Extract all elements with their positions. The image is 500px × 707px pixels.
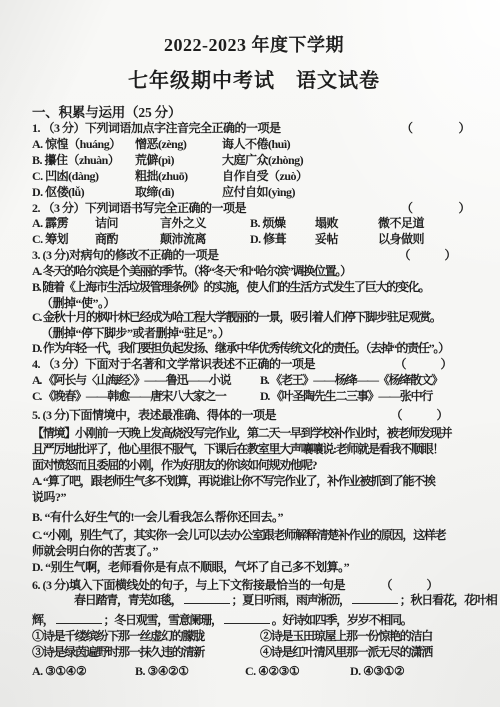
q2-option-b: B. 烦燥 — [250, 216, 315, 232]
q3-option-c: C. 金秋十月的枫叶林已经成为哈工程大学靓丽的一景，吸引着人们停下脚步驻足观赏。 — [32, 310, 476, 326]
q6-stem-line: 6. (3 分)填入下面横线处的句子，与上下文衔接最恰当的一句是 （ ） — [32, 578, 476, 594]
q3-option-d: D. 作为年轻一代，我们要担负起发扬、继承中华优秀传统文化的责任。（去掉“的责任… — [32, 341, 476, 357]
q2-option-c-word3: 颠沛流离 — [160, 232, 250, 248]
q6-passage-seg1: 春日踏青，青芜如毯， — [74, 593, 182, 607]
q3-option-b: B. 随着《上海市生活垃圾管理条例》的实施，使人们的生活方式发生了巨大的变化。 — [32, 280, 476, 296]
q2-answer-bracket: （ ） — [401, 201, 476, 217]
exam-title-subject: 七年级期中考试 语文试卷 — [32, 69, 476, 93]
q1-option-a-word3: 诲人不倦(huì) — [222, 137, 290, 153]
q6-item-row-12: ①诗是千缕缤纷下那一丝虚幻的朦胧 ②诗是玉田琼屋上那一份惊艳的洁白 — [32, 629, 476, 645]
q1-option-row-c: C. 凹凼(dàng) 粗拙(zhuō) 自作自受（zuò） — [32, 169, 476, 185]
q6-answer-a: A. ③①④② — [32, 664, 135, 680]
q6-passage-seg6: 。好诗如四季，岁岁不相同。 — [272, 613, 412, 627]
q4-option-row-ab: A. 《阿长与〈山海经〉》——鲁迅——小说 B. 《老王》——杨绛——《杨绛散文… — [32, 373, 476, 389]
scanned-exam-page: 2022-2023 年度下学期 七年级期中考试 语文试卷 一、积累与运用（25 … — [0, 0, 500, 707]
q6-passage-seg2: ；夏日听雨，雨声淅沥， — [232, 593, 350, 607]
q2-option-c: C. 筹划 — [32, 232, 95, 248]
q6-passage-seg3: ；秋日看花，花叶相 — [400, 593, 497, 607]
q4-option-d: D. 《叶圣陶先生二三事》——张中行 — [260, 389, 432, 405]
q6-passage-seg5: ；冬日观雪，雪意阑珊， — [104, 613, 222, 627]
q6-passage-line2: 辉，；冬日观雪，雪意阑珊，。好诗如四季，岁岁不相同。 — [32, 613, 476, 629]
q2-option-b-word2: 塌败 — [315, 216, 378, 232]
q1-answer-bracket: （ ） — [401, 121, 476, 137]
q5-stem: 5. (3 分)下面情境中，表述最准确、得体的一项是 — [32, 408, 276, 424]
fill-blank-line — [352, 593, 398, 604]
q6-item-2: ②诗是玉田琼屋上那一份惊艳的洁白 — [260, 629, 432, 645]
exam-title-term: 2022-2023 年度下学期 — [32, 34, 476, 56]
q2-option-row-ab: A. 霹雳 诘问 言外之义 B. 烦燥 塌败 微不足道 — [32, 216, 476, 232]
q5-scenario-line2: 且严厉地批评了，他心里很不服气，下课后在教室里大声嚷嚷说:老师就是看我不顺眼！ — [32, 442, 476, 458]
q6-passage-seg4: 辉， — [32, 613, 54, 627]
q6-answer-b: B. ③④②① — [135, 664, 245, 680]
q1-option-d-word2: 取缔(dì) — [135, 185, 222, 201]
q6-answer-c: C. ④②③① — [245, 664, 350, 680]
q6-stem: 6. (3 分)填入下面横线处的句子，与上下文衔接最恰当的一句是 — [32, 578, 345, 594]
q4-option-b: B. 《老王》——杨绛——《杨绛散文》 — [260, 373, 442, 389]
q1-option-d-word3: 应付自如(yìng) — [222, 185, 295, 201]
q1-option-c: C. 凹凼(dàng) — [32, 169, 135, 185]
q5-option-b: B. “有什么好生气的!一会儿看我怎么帮你还回去。” — [32, 510, 476, 526]
q5-option-c-line1: C. “小刚，别生气了，其实你一会儿可以去办公室跟老师解释清楚补作业的原因，这样… — [32, 528, 476, 544]
q4-stem: 4. （3 分）下面对于名著和文学常识表述不正确的一项是 — [32, 357, 315, 373]
q5-answer-bracket: （ ） — [390, 408, 476, 424]
q6-item-3: ③诗是绿茵遍野时那一抹久违的清新 — [32, 645, 260, 661]
q3-option-b-note: （删掉“使”。） — [32, 296, 476, 311]
q3-stem-line: 3. (3 分)对病句的修改不正确的一项是 （ ） — [32, 248, 476, 264]
q4-option-row-cd: C. 《晚春》——韩愈——唐宋八大家之一 D. 《叶圣陶先生二三事》——张中行 — [32, 389, 476, 405]
q6-item-4: ④诗是红叶清风里那一派无尽的潇洒 — [260, 645, 432, 661]
q4-option-c: C. 《晚春》——韩愈——唐宋八大家之一 — [32, 389, 260, 405]
q2-stem: 2. （3 分）下列词语书写完全正确的一项是 — [32, 201, 246, 217]
q1-option-c-word2: 粗拙(zhuō) — [135, 169, 222, 185]
q4-answer-bracket: （ ） — [394, 357, 476, 373]
q3-answer-bracket: （ ） — [398, 248, 476, 264]
q2-option-row-cd: C. 筹划 商酌 颠沛流离 D. 修葺 妥帖 以身做则 — [32, 232, 476, 248]
q6-passage-line1: 春日踏青，青芜如毯，；夏日听雨，雨声淅沥，；秋日看花，花叶相 — [32, 593, 476, 609]
fill-blank-line — [184, 593, 230, 604]
q2-option-b-word3: 微不足道 — [378, 216, 424, 232]
q1-option-a: A. 惊惶（huáng） — [32, 137, 135, 153]
q4-option-a: A. 《阿长与〈山海经〉》——鲁迅——小说 — [32, 373, 260, 389]
q6-answer-row: A. ③①④② B. ③④②① C. ④②③① D. ④③①② — [32, 664, 476, 680]
q2-option-a-word3: 言外之义 — [160, 216, 250, 232]
q1-option-d: D. 伛偻(lǚ) — [32, 185, 135, 201]
q1-option-c-word3: 自作自受（zuò） — [222, 169, 308, 185]
q5-scenario-line3: 面对愤怒而且委屈的小刚，作为好朋友的你该如何规劝他呢? — [32, 458, 476, 474]
q6-item-row-34: ③诗是绿茵遍野时那一抹久违的清新 ④诗是红叶清风里那一派无尽的潇洒 — [32, 645, 476, 661]
q1-option-a-word2: 憎恶(zèng) — [135, 137, 222, 153]
q1-option-row-b: B. 攥住（zhuàn） 荒僻(pì) 大庭广众(zhòng) — [32, 153, 476, 169]
q6-answer-bracket: （ ） — [380, 578, 476, 594]
q1-option-b-word2: 荒僻(pì) — [135, 153, 222, 169]
q2-option-d-word3: 以身做则 — [378, 232, 424, 248]
q3-option-c-note: （删掉“停下脚步”或者删掉“驻足”。） — [32, 326, 476, 341]
q6-item-1: ①诗是千缕缤纷下那一丝虚幻的朦胧 — [32, 629, 260, 645]
q3-option-a: A. 冬天的哈尔滨是个美丽的季节。（将“冬天”和“哈尔滨”调换位置。） — [32, 264, 476, 280]
q2-option-d-word2: 妥帖 — [315, 232, 378, 248]
fill-blank-line — [56, 613, 102, 624]
q5-option-c-line2: 师就会明白你的苦衷了。” — [32, 544, 476, 560]
q5-option-d: D. “别生气啊，老师看你是有点不顺眼，气坏了自己多不划算。” — [32, 560, 476, 576]
q1-option-b-word3: 大庭广众(zhòng) — [222, 153, 303, 169]
q3-stem: 3. (3 分)对病句的修改不正确的一项是 — [32, 248, 219, 264]
q2-option-a: A. 霹雳 — [32, 216, 95, 232]
q1-option-b: B. 攥住（zhuàn） — [32, 153, 135, 169]
q5-scenario-line1: 【情境】小刚前一天晚上发高烧没写完作业，第二天一早到学校补作业时，被老师发现并 — [32, 426, 476, 442]
q1-stem-line: 1. （3 分）下列词语加点字注音完全正确的一项是 （ ） — [32, 121, 476, 137]
q1-option-row-d: D. 伛偻(lǚ) 取缔(dì) 应付自如(yìng) — [32, 185, 476, 201]
section-heading: 一、积累与运用（25 分） — [32, 104, 476, 121]
q6-answer-d: D. ④③①② — [350, 664, 404, 680]
q5-stem-line: 5. (3 分)下面情境中，表述最准确、得体的一项是 （ ） — [32, 408, 476, 424]
q1-stem: 1. （3 分）下列词语加点字注音完全正确的一项是 — [32, 121, 281, 137]
q1-option-row-a: A. 惊惶（huáng） 憎恶(zèng) 诲人不倦(huì) — [32, 137, 476, 153]
q5-option-a-line1: A. “算了吧，跟老师生气多不划算，再说谁让你不写完作业了，补作业被抓到了能不挨 — [32, 474, 476, 490]
q2-option-a-word2: 诘问 — [95, 216, 160, 232]
q4-stem-line: 4. （3 分）下面对于名著和文学常识表述不正确的一项是 （ ） — [32, 357, 476, 373]
q2-option-c-word2: 商酌 — [95, 232, 160, 248]
q5-option-a-line2: 说吗?” — [32, 490, 476, 506]
fill-blank-line — [224, 613, 270, 624]
exam-content: 2022-2023 年度下学期 七年级期中考试 语文试卷 一、积累与运用（25 … — [0, 0, 500, 680]
q2-option-d: D. 修葺 — [250, 232, 315, 248]
q2-stem-line: 2. （3 分）下列词语书写完全正确的一项是 （ ） — [32, 201, 476, 217]
